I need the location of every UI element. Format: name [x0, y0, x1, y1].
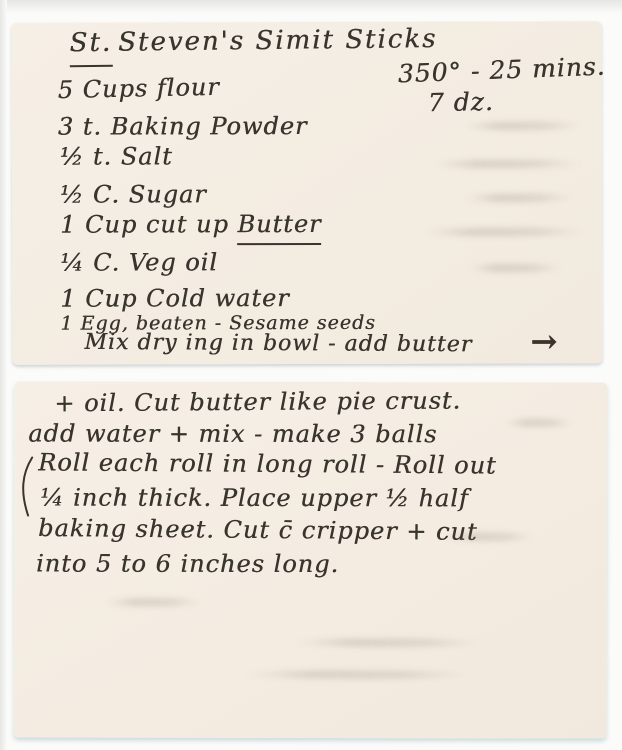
continue-arrow-icon: → [530, 325, 557, 357]
ingredient-oil: ¼ C. Veg oil [60, 250, 218, 274]
ingredient-sugar: ½ C. Sugar [60, 182, 207, 206]
ink-showthrough [504, 418, 574, 427]
ingredient-water: 1 Cup Cold water [60, 286, 289, 311]
recipe-card-back: + oil. Cut butter like pie crust. add wa… [14, 381, 608, 738]
scanner-edge-top [0, 0, 622, 13]
yield-note: 7 dz. [428, 89, 494, 115]
instruction-line-2: add water + mix - make 3 balls [28, 422, 437, 447]
ingredient-butter-amount: 1 Cup cut up [60, 210, 229, 238]
ingredient-butter-word: Butter [237, 210, 321, 245]
instruction-line-3: Roll each roll in long roll - Roll out [38, 450, 497, 477]
recipe-card-front: St.Steven's Simit Sticks 350° - 25 mins.… [12, 21, 603, 365]
ink-showthrough [422, 227, 587, 236]
step-mix-dry: Mix dry ing in bowl - add butter [84, 332, 472, 356]
scanner-edge-left [0, 0, 7, 750]
pen-flourish [18, 455, 36, 517]
ingredient-salt: ½ t. Salt [60, 144, 173, 168]
instruction-line-6: into 5 to 6 inches long. [36, 552, 339, 577]
ingredient-baking-powder: 3 t. Baking Powder [58, 114, 308, 139]
instruction-line-1: + oil. Cut butter like pie crust. [54, 388, 461, 415]
ink-showthrough [294, 638, 484, 647]
ink-showthrough [432, 159, 582, 168]
ink-showthrough [444, 532, 534, 541]
ink-showthrough [244, 670, 474, 679]
ink-showthrough [462, 121, 582, 130]
ink-showthrough [467, 263, 562, 272]
recipe-title-abbrev: St. [69, 30, 112, 67]
ink-showthrough [464, 193, 574, 202]
bake-temp-time: 350° - 25 mins. [397, 54, 606, 87]
ingredient-flour: 5 Cups flour [58, 75, 220, 102]
ink-showthrough [104, 598, 204, 607]
instruction-line-5: baking sheet. Cut c̄ cripper + cut [38, 516, 478, 544]
recipe-title-rest: Steven's Simit Sticks [118, 24, 438, 58]
ingredient-butter: 1 Cup cut up Butter [60, 212, 321, 237]
recipe-title: St.Steven's Simit Sticks [69, 26, 437, 67]
instruction-line-4: ¼ inch thick. Place upper ½ half [40, 486, 469, 511]
